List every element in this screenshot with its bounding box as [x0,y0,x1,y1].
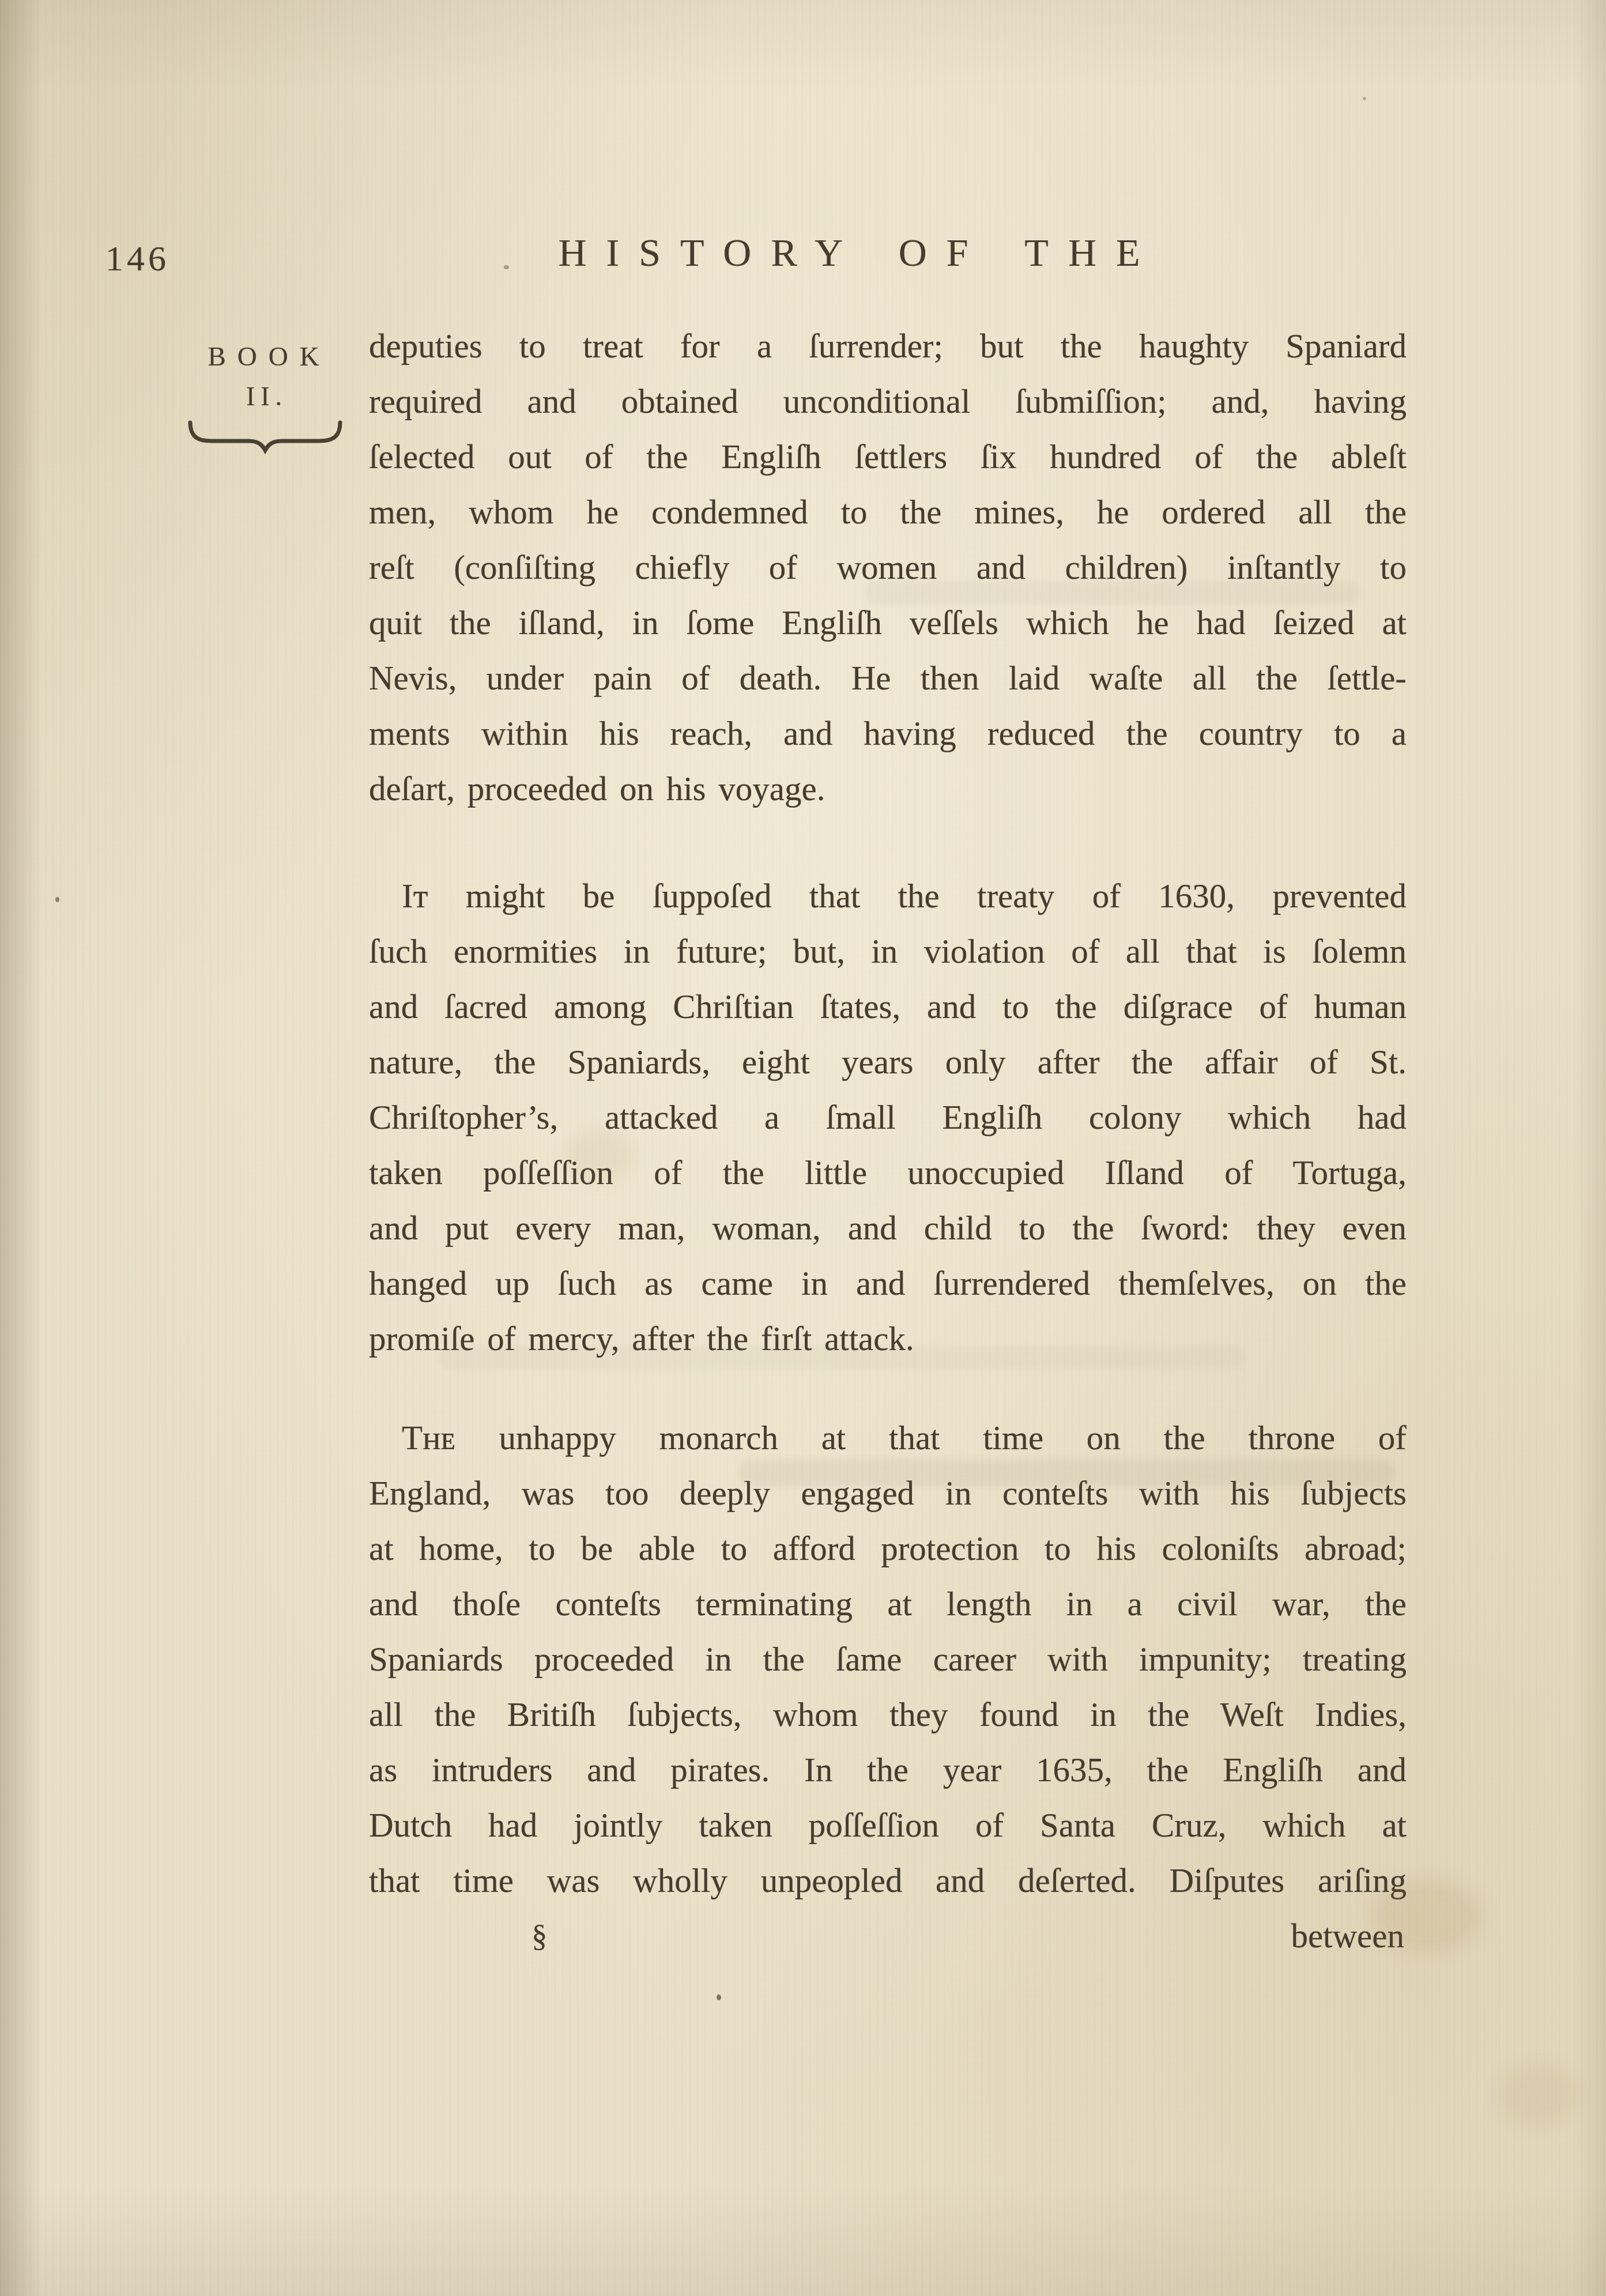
text-line: as intruders and pirates. In the year 16… [369,1742,1407,1797]
text-line: required and obtained unconditional ſubm… [369,374,1407,429]
catchline: § between [369,1908,1407,1963]
text-line: men, whom he condemned to the mines, he … [369,484,1407,540]
sidenote-book-label: BOOK [183,344,347,371]
signature-mark: § [531,1908,548,1963]
paper-stain [1372,1879,1481,1954]
text-line: deſart, proceeded on his voyage. [369,761,1407,816]
sidenote-book-numeral: II. [183,383,347,410]
book-sidenote: BOOK II. [183,344,347,455]
text-line: ments within his reach, and having reduc… [369,706,1407,761]
text-line: deputies to treat for a ſurrender; but t… [369,318,1407,374]
paper-stain [1499,2064,1579,2127]
page-number: 146 [105,241,169,277]
paper-stain [565,1130,634,1182]
show-through-smudge [738,1460,1395,1486]
sidenote-brace-icon [186,419,345,455]
text-line: nature, the Spaniards, eight years only … [369,1034,1407,1089]
text-line: Nevis, under pain of death. He then laid… [369,650,1407,706]
text-line: Dutch had jointly taken poſſeſſion of Sa… [369,1797,1407,1853]
text-line: and thoſe conteſts terminating at length… [369,1576,1407,1631]
text-line: Spaniards proceeded in the ſame career w… [369,1631,1407,1687]
text-line: Tʜᴇ unhappy monarch at that time on the … [369,1410,1407,1465]
paragraph: Iᴛ might be ſuppoſed that the treaty of … [369,868,1407,1366]
text-line: hanged up ſuch as came in and ſurrendere… [369,1256,1407,1311]
show-through-smudge [438,1347,1245,1370]
paragraph: deputies to treat for a ſurrender; but t… [369,318,1407,816]
ink-speck [504,265,509,269]
text-line: Iᴛ might be ſuppoſed that the treaty of … [369,868,1407,923]
ink-speck [1363,97,1366,100]
ink-speck [717,1995,721,2000]
ink-speck [55,897,59,902]
text-line: all the Britiſh ſubjects, whom they foun… [369,1687,1407,1742]
text-line: and put every man, woman, and child to t… [369,1200,1407,1256]
book-page-scan: 146 HISTORY OF THE BOOK II. deputies to … [0,0,1606,2296]
text-line: at home, to be able to afford protection… [369,1521,1407,1576]
page-text: deputies to treat for a ſurrender; but t… [369,318,1407,1963]
running-header: HISTORY OF THE [340,233,1378,272]
text-line: taken poſſeſſion of the little unoccupie… [369,1145,1407,1200]
text-line: that time was wholly unpeopled and deſer… [369,1853,1407,1908]
show-through-smudge [865,581,1360,604]
text-line: ſuch enormities in future; but, in viola… [369,923,1407,979]
text-line: and ſacred among Chriſtian ſtates, and t… [369,979,1407,1034]
text-line: Chriſtopher’s, attacked a ſmall Engliſh … [369,1089,1407,1145]
text-line: ſelected out of the Engliſh ſettlers ſix… [369,429,1407,484]
